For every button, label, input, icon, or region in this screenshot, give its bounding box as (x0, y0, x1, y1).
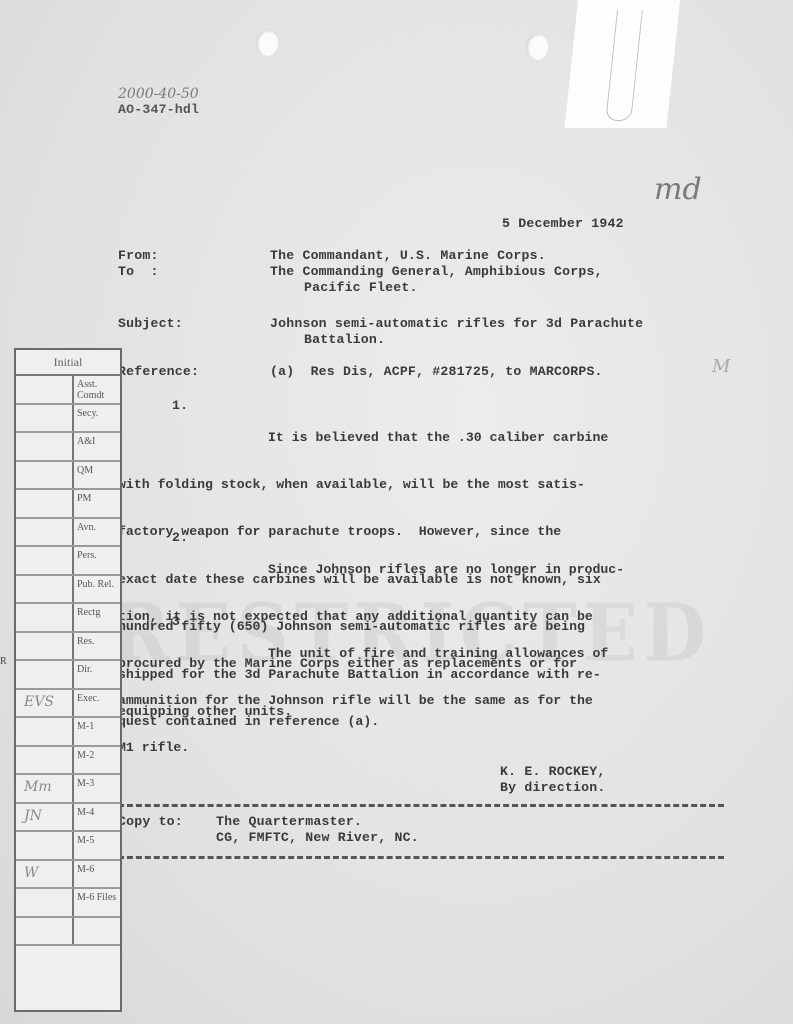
reference-value: (a) Res Dis, ACPF, #281725, to MARCORPS. (270, 364, 603, 379)
routing-initial-cell (16, 490, 74, 517)
routing-slip-row: MmM-3 (16, 775, 120, 804)
routing-office-label: M-3 (74, 775, 120, 802)
routing-slip-row: Rectg (16, 604, 120, 633)
routing-slip-row: Secy. (16, 405, 120, 434)
scanned-document-page: RESTRICTED 2000-40-50 AO-347-hdl md 5 De… (0, 0, 793, 1024)
routing-office-label: Res. (74, 633, 120, 660)
paragraph-3: The unit of fire and training allowances… (118, 614, 718, 788)
routing-slip-row: M-1 (16, 718, 120, 747)
routing-slip-row: Pers. (16, 547, 120, 576)
paragraph-line: with folding stock, when available, will… (118, 477, 718, 493)
routing-slip-row: Avn. (16, 519, 120, 548)
routing-initial-cell (16, 889, 74, 916)
copy-to-label: Copy to: (118, 814, 183, 829)
routing-slip-row: M-5 (16, 832, 120, 861)
routing-office-label: Rectg (74, 604, 120, 631)
routing-slip-row (16, 918, 120, 947)
routing-initial-cell: JN (16, 804, 74, 831)
from-label: From: (118, 248, 159, 263)
signatory-name: K. E. ROCKEY, (500, 764, 605, 779)
routing-office-label: QM (74, 462, 120, 489)
from-value: The Commandant, U.S. Marine Corps. (270, 248, 546, 263)
signatory-title: By direction. (500, 780, 605, 795)
routing-initial-cell (16, 718, 74, 745)
subject-line2: Battalion. (304, 332, 385, 347)
paragraph-line: ammunition for the Johnson rifle will be… (118, 693, 718, 709)
routing-slip-row: EVSExec. (16, 690, 120, 719)
routing-office-label: M-5 (74, 832, 120, 859)
paper-clip-tab (565, 0, 680, 128)
routing-office-label: Secy. (74, 405, 120, 432)
routing-initial-cell (16, 832, 74, 859)
paper-clip-wire (605, 10, 643, 121)
routing-initial-cell (16, 547, 74, 574)
routing-initial-cell (16, 918, 74, 945)
routing-slip-row: WM-6 (16, 861, 120, 890)
routing-office-label: A&I (74, 433, 120, 460)
to-label: To : (118, 264, 159, 279)
routing-slip-row: JNM-4 (16, 804, 120, 833)
routing-slip-row: Dir. (16, 661, 120, 690)
reference-label: Reference: (118, 364, 199, 379)
routing-office-label: Asst. Comdt (74, 376, 120, 403)
handwritten-initial: W (24, 865, 38, 881)
routing-initial-cell: Mm (16, 775, 74, 802)
routing-office-label: Pers. (74, 547, 120, 574)
routing-slip-row: M-6 Files (16, 889, 120, 918)
routing-initial-cell (16, 604, 74, 631)
routing-slip-row: M-2 (16, 747, 120, 776)
routing-initial-cell: EVS (16, 690, 74, 717)
routing-office-label: M-6 Files (74, 889, 120, 916)
routing-office-label: M-1 (74, 718, 120, 745)
routing-initial-cell (16, 405, 74, 432)
routing-initial-cell (16, 462, 74, 489)
handwritten-initial: EVS (24, 694, 54, 710)
routing-initial-cell (16, 633, 74, 660)
routing-slip-row: Asst. Comdt (16, 376, 120, 405)
routing-slip-row: Pub. Rel. (16, 576, 120, 605)
dashed-divider-top (118, 804, 724, 807)
subject-line1: Johnson semi-automatic rifles for 3d Par… (270, 316, 643, 331)
routing-slip-row: PM (16, 490, 120, 519)
to-value-line1: The Commanding General, Amphibious Corps… (270, 264, 603, 279)
edge-mark: R (0, 656, 7, 667)
routing-initial-cell (16, 661, 74, 688)
routing-slip-header: Initial (16, 350, 120, 376)
subject-label: Subject: (118, 316, 183, 331)
handwritten-initial-m: M (712, 356, 730, 377)
routing-initial-cell (16, 747, 74, 774)
routing-slip-row: A&I (16, 433, 120, 462)
routing-office-label: Avn. (74, 519, 120, 546)
routing-initial-cell: W (16, 861, 74, 888)
copy-to-line2: CG, FMFTC, New River, NC. (216, 830, 419, 845)
dashed-divider-bottom (118, 856, 724, 859)
routing-slip-rows: Asst. ComdtSecy.A&IQMPMAvn.Pers.Pub. Rel… (16, 376, 120, 946)
punch-hole-left (256, 30, 278, 56)
handwritten-initial: JN (24, 808, 42, 824)
routing-office-label: PM (74, 490, 120, 517)
routing-office-label: Dir. (74, 661, 120, 688)
routing-initial-cell (16, 433, 74, 460)
letter-date: 5 December 1942 (502, 216, 624, 231)
routing-initial-cell (16, 576, 74, 603)
routing-slip-row: QM (16, 462, 120, 491)
handwritten-file-number: 2000-40-50 (118, 86, 199, 102)
paragraph-line: M1 rifle. (118, 740, 718, 756)
routing-office-label: M-2 (74, 747, 120, 774)
punch-hole-right (526, 34, 548, 60)
routing-office-label: Exec. (74, 690, 120, 717)
typed-file-code: AO-347-hdl (118, 102, 199, 117)
handwritten-initial: Mm (24, 779, 52, 795)
paragraph-line: Since Johnson rifles are no longer in pr… (118, 562, 718, 578)
handwritten-initials-md: md (654, 172, 702, 207)
routing-office-label: M-4 (74, 804, 120, 831)
routing-initial-cell (16, 376, 74, 403)
routing-office-label: M-6 (74, 861, 120, 888)
routing-office-label: Pub. Rel. (74, 576, 120, 603)
copy-to-line1: The Quartermaster. (216, 814, 362, 829)
to-value-line2: Pacific Fleet. (304, 280, 418, 295)
paragraph-line: It is believed that the .30 caliber carb… (118, 430, 718, 446)
routing-slip: Initial Asst. ComdtSecy.A&IQMPMAvn.Pers.… (14, 348, 122, 1012)
routing-slip-row: Res. (16, 633, 120, 662)
paragraph-line: The unit of fire and training allowances… (118, 646, 718, 662)
routing-office-label (74, 918, 120, 945)
routing-initial-cell (16, 519, 74, 546)
